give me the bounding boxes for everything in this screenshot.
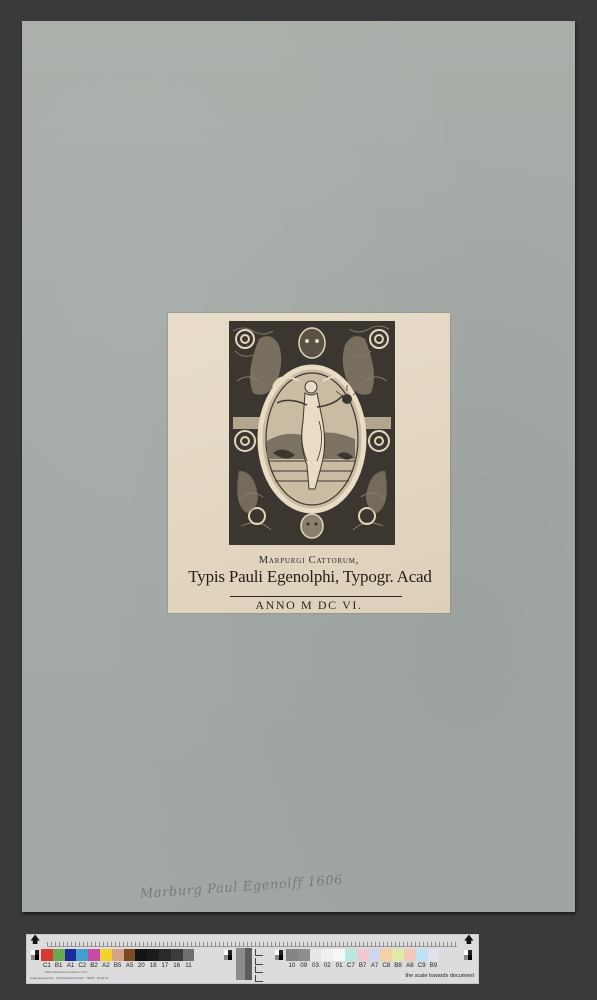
swatch-label: 03	[310, 962, 322, 969]
swatch-label: 17	[159, 962, 171, 969]
swatch-17	[159, 949, 171, 961]
printed-title-fragment: Marpurgi Cattorum, Typis Pauli Egenolphi…	[168, 313, 450, 613]
swatch-b2	[88, 949, 100, 961]
swatch-b8	[392, 949, 404, 961]
swatch-09	[298, 949, 310, 961]
swatch-labels-left: C1 B1 A1 C2 B2 A2 B5 A5 20 18 17 16 11	[41, 962, 194, 969]
swatch-c1	[41, 949, 53, 961]
imprint-year: ANNO M DC VI.	[168, 598, 450, 613]
swatch-label: A5	[124, 962, 136, 969]
grey-card	[236, 948, 252, 980]
swatch-c9	[416, 949, 428, 961]
swatch-label: 02	[321, 962, 333, 969]
swatch-label: A7	[369, 962, 381, 969]
measurement-ruler	[47, 937, 457, 947]
handwritten-note: Marburg Paul Egenolff 1606	[139, 873, 343, 902]
swatch-label: 20	[135, 962, 147, 969]
swatch-b9	[428, 949, 440, 961]
swatch-label: 18	[147, 962, 159, 969]
swatch-label: B1	[53, 962, 65, 969]
swatch-label: 16	[171, 962, 183, 969]
swatch-c7	[345, 949, 357, 961]
swatch-02	[321, 949, 333, 961]
swatch-label: A8	[404, 962, 416, 969]
patch-reference-note: Patch Reference numbers on CT7	[45, 970, 87, 974]
target-icon	[255, 966, 263, 973]
imprint-place: Marpurgi Cattorum,	[168, 555, 450, 566]
target-icon	[255, 975, 263, 982]
grey-key-icon	[275, 950, 283, 960]
swatch-label: B5	[112, 962, 124, 969]
swatch-label: B7	[357, 962, 369, 969]
swatch-11	[183, 949, 195, 961]
swatch-row-right	[286, 949, 439, 961]
imprint-rule	[230, 596, 402, 597]
up-arrow-icon: 🡅	[30, 936, 40, 946]
color-reference-chart: 🡅 🡅 C1 B1 A1 C2 B2 A2 B5 A5 20 18 17 16 …	[26, 934, 479, 984]
scale-note: the scale towards document	[406, 973, 474, 979]
swatch-label: B8	[392, 962, 404, 969]
swatch-label: C2	[76, 962, 88, 969]
swatch-18	[147, 949, 159, 961]
mounting-board: Marpurgi Cattorum, Typis Pauli Egenolphi…	[22, 21, 575, 912]
swatch-label: 09	[298, 962, 310, 969]
swatch-labels-right: 10 09 03 02 01 C7 B7 A7 C8 B8 A8 C9 B9	[286, 962, 439, 969]
swatch-a8	[404, 949, 416, 961]
swatch-a7	[369, 949, 381, 961]
imprint-printer: Typis Pauli Egenolphi, Typogr. Acad	[168, 567, 452, 587]
swatch-label: C8	[380, 962, 392, 969]
swatch-10	[286, 949, 298, 961]
woodcut-printer-device	[229, 321, 395, 545]
swatch-b5	[112, 949, 124, 961]
swatch-01	[333, 949, 345, 961]
swatch-row-left	[41, 949, 194, 961]
swatch-20	[135, 949, 147, 961]
chart-footer: Image Engineering · Scan Reference Chart…	[30, 976, 109, 980]
grey-key-icon	[224, 950, 232, 960]
swatch-label: B2	[88, 962, 100, 969]
swatch-label: C1	[41, 962, 53, 969]
swatch-label: 11	[183, 962, 195, 969]
swatch-label: A1	[65, 962, 77, 969]
swatch-label: 10	[286, 962, 298, 969]
swatch-label: C9	[416, 962, 428, 969]
swatch-a2	[100, 949, 112, 961]
swatch-a5	[124, 949, 136, 961]
swatch-b1	[53, 949, 65, 961]
swatch-03	[310, 949, 322, 961]
woodcut-illustration-icon	[229, 321, 395, 545]
swatch-label: B9	[428, 962, 440, 969]
resolution-targets	[255, 949, 265, 983]
swatch-a1	[65, 949, 77, 961]
target-icon	[255, 949, 263, 956]
swatch-label: C7	[345, 962, 357, 969]
up-arrow-icon: 🡅	[464, 936, 474, 946]
swatch-b7	[357, 949, 369, 961]
target-icon	[255, 958, 263, 965]
swatch-label: 01	[333, 962, 345, 969]
swatch-label: A2	[100, 962, 112, 969]
grey-key-icon	[464, 950, 472, 960]
swatch-c8	[380, 949, 392, 961]
swatch-c2	[76, 949, 88, 961]
swatch-16	[171, 949, 183, 961]
grey-key-icon	[31, 950, 39, 960]
